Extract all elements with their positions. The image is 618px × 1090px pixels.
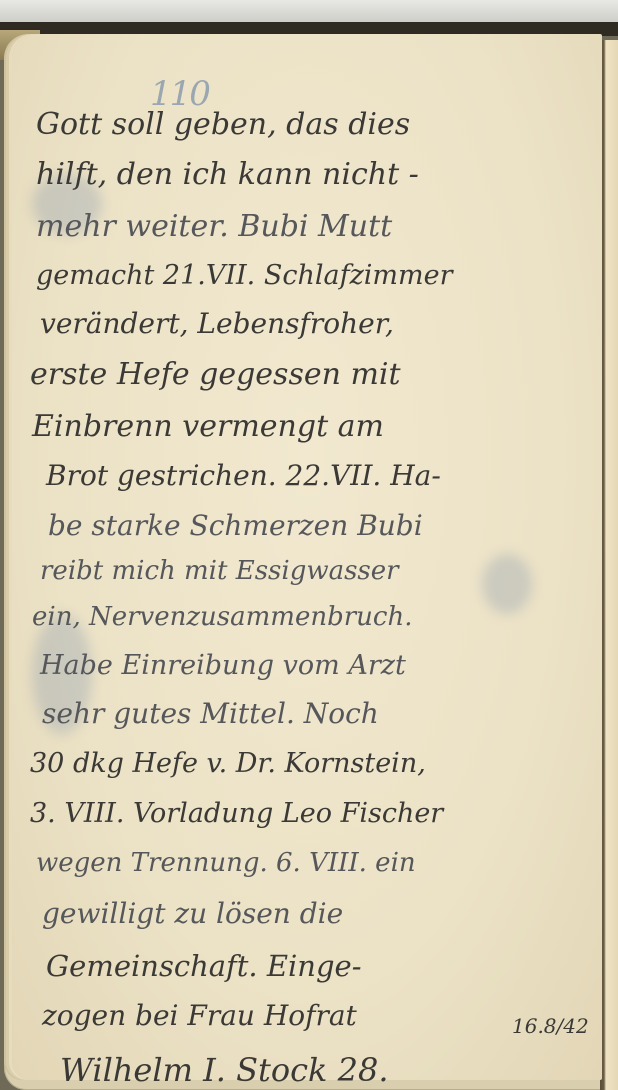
text-line: sehr gutes Mittel. Noch bbox=[42, 700, 379, 728]
text-line: erste Hefe gegessen mit bbox=[30, 360, 401, 390]
text-line: Gemeinschaft. Einge- bbox=[46, 952, 362, 981]
text-line: 3. VIII. Vorladung Leo Fischer bbox=[30, 800, 443, 827]
page-edge-right bbox=[600, 40, 618, 1090]
text-line: Habe Einreibung vom Arzt bbox=[40, 652, 406, 679]
text-line: mehr weiter. Bubi Mutt bbox=[36, 212, 392, 242]
text-line: ein, Nervenzusammenbruch. bbox=[32, 604, 412, 630]
text-line: reibt mich mit Essigwasser bbox=[40, 558, 399, 584]
text-line: be starke Schmerzen Bubi bbox=[48, 512, 423, 540]
text-line: Brot gestrichen. 22.VII. Ha- bbox=[46, 462, 441, 490]
text-line: gemacht 21.VII. Schlafzimmer bbox=[36, 262, 453, 289]
margin-date: 16.8/42 bbox=[512, 1014, 589, 1038]
signature-line: Wilhelm I. Stock 28. bbox=[60, 1054, 389, 1086]
text-line: verändert, Lebensfroher, bbox=[40, 310, 394, 338]
text-line: hilft, den ich kann nicht - bbox=[36, 160, 419, 190]
diary-page: 110 Gott soll geben, das dies hilft, den… bbox=[12, 34, 602, 1080]
text-line: zogen bei Frau Hofrat bbox=[42, 1002, 357, 1030]
water-stain bbox=[482, 554, 532, 614]
text-line: gewilligt zu lösen die bbox=[42, 900, 343, 928]
text-line: 30 dkg Hefe v. Dr. Kornstein, bbox=[30, 750, 426, 777]
text-line: wegen Trennung. 6. VIII. ein bbox=[36, 850, 416, 876]
text-line: Einbrenn vermengt am bbox=[32, 412, 384, 442]
text-line: Gott soll geben, das dies bbox=[36, 110, 410, 140]
